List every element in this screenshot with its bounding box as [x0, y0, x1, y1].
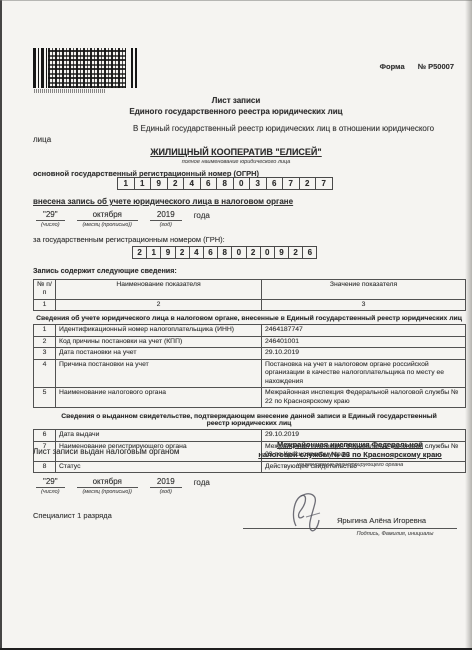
document-title-line2: Единого государственного реестра юридиче…: [0, 107, 472, 116]
digit-cell: 7: [282, 177, 300, 190]
date-day-caption: (число): [36, 221, 65, 228]
column-number-2: 2: [56, 299, 262, 310]
date-year-caption: (год): [150, 488, 182, 495]
section1-table: 1 Идентификационный номер налогоплательщ…: [33, 324, 466, 408]
issued-by-label: Лист записи выдан налоговым органом: [33, 447, 179, 456]
digit-cell: 2: [288, 246, 303, 259]
column-header-num: № п/п: [34, 280, 56, 300]
row-indicator-value: Межрайонная инспекция Федеральной налого…: [262, 388, 466, 408]
digit-cell: 1: [117, 177, 135, 190]
date-month: октября: [77, 477, 138, 488]
digit-cell: 9: [150, 177, 168, 190]
table-intro: Запись содержит следующие сведения:: [33, 266, 465, 275]
date-day-segment: "29" (число): [36, 210, 65, 228]
row-indicator-name: Код причины постановки на учет (КПП): [56, 336, 262, 347]
grn-label: за государственным регистрационным номер…: [33, 235, 225, 244]
digit-cell: 6: [200, 177, 218, 190]
digit-cell: 2: [167, 177, 185, 190]
date-day-caption: (число): [36, 488, 65, 495]
row-number: 3: [34, 348, 56, 359]
row-indicator-value: 2464187747: [262, 325, 466, 336]
date-month: октября: [77, 210, 138, 221]
date-month-caption: (месяц (прописью)): [77, 221, 138, 228]
digit-cell: 4: [183, 177, 201, 190]
row-indicator-name: Причина постановки на учет: [56, 359, 262, 387]
form-number: № Р50007: [418, 62, 454, 71]
digit-cell: 1: [146, 246, 161, 259]
row-number: 4: [34, 359, 56, 387]
barcode-start-bars: [33, 48, 48, 88]
section2-title: Сведения о выданном свидетельстве, подтв…: [49, 413, 449, 427]
table-row: 4 Причина постановки на учет Постановка …: [34, 359, 466, 387]
digit-cell: 1: [134, 177, 152, 190]
official-title: Специалист 1 разряда: [33, 511, 112, 520]
digit-cell: 2: [132, 246, 147, 259]
scan-edge-top: [0, 0, 472, 1]
digit-cell: 0: [233, 177, 251, 190]
row-number: 5: [34, 388, 56, 408]
signature-caption: Подпись, Фамилия, инициалы: [330, 531, 460, 537]
digit-cell: 9: [274, 246, 289, 259]
date-month-caption: (месяц (прописью)): [77, 488, 138, 495]
digit-cell: 2: [175, 246, 190, 259]
date-month-segment: октября (месяц (прописью)): [77, 210, 138, 228]
digit-cell: 4: [189, 246, 204, 259]
table-row: 3 Дата постановки на учет 29.10.2019: [34, 348, 466, 359]
barcode: [33, 48, 140, 95]
issuing-authority-line1: Межрайонная инспекция Федеральной: [237, 440, 463, 450]
grn-digit-boxes: 2192468020926: [132, 246, 317, 259]
date-year-suffix: года: [194, 477, 210, 487]
record-statement: внесена запись об учете юридического лиц…: [33, 197, 293, 206]
row-indicator-name: Дата постановки на учет: [56, 348, 262, 359]
date-day: "29": [36, 477, 65, 488]
row-indicator-value: Постановка на учет в налоговом органе ро…: [262, 359, 466, 387]
row-indicator-name: Наименование налогового органа: [56, 388, 262, 408]
issuing-authority-line2: налоговой службы № 23 по Красноярскому к…: [237, 450, 463, 460]
row-indicator-name: Дата выдачи: [56, 430, 262, 441]
digit-cell: 9: [160, 246, 175, 259]
row-indicator-value: 246401001: [262, 336, 466, 347]
intro-paragraph: В Единый государственный реестр юридичес…: [33, 124, 445, 146]
date-day: "29": [36, 210, 65, 221]
date-year-caption: (год): [150, 221, 182, 228]
issuing-authority-caption: наименование регистрирующего органа: [237, 462, 463, 468]
issue-date: "29" (число) октября (месяц (прописью)) …: [36, 477, 210, 495]
column-number-3: 3: [262, 299, 466, 310]
row-number: 8: [34, 461, 56, 472]
date-year-suffix: года: [194, 210, 210, 220]
digit-cell: 2: [246, 246, 261, 259]
issuing-authority: Межрайонная инспекция Федеральной налого…: [237, 440, 463, 460]
row-number: 6: [34, 430, 56, 441]
form-label: Форма: [380, 62, 405, 71]
digit-cell: 3: [249, 177, 267, 190]
organization-name: ЖИЛИЩНЫЙ КООПЕРАТИВ "ЕЛИСЕЙ": [0, 147, 472, 157]
row-number: 1: [34, 325, 56, 336]
digit-cell: 2: [299, 177, 317, 190]
row-indicator-value: 29.10.2019: [262, 348, 466, 359]
row-indicator-name: Статус: [56, 461, 262, 472]
date-year: 2019: [150, 477, 182, 488]
row-indicator-name: Идентификационный номер налогоплательщик…: [56, 325, 262, 336]
barcode-digits: [34, 89, 106, 93]
digit-cell: 7: [315, 177, 333, 190]
digit-cell: 8: [216, 177, 234, 190]
digit-cell: 0: [231, 246, 246, 259]
ogrn-digit-boxes: 1192468036727: [117, 177, 333, 190]
date-month-segment: октября (месяц (прописью)): [77, 477, 138, 495]
signer-name: Ярыгина Алёна Игоревна: [337, 516, 426, 525]
document-title-line1: Лист записи: [0, 96, 472, 105]
row-number: 2: [34, 336, 56, 347]
column-header-value: Значение показателя: [262, 280, 466, 300]
date-year-segment: 2019 (год): [150, 210, 182, 228]
scanned-document-page: Форма № Р50007 Лист записи Единого госуд…: [0, 0, 472, 650]
date-year: 2019: [150, 210, 182, 221]
table-row: 1 Идентификационный номер налогоплательщ…: [34, 325, 466, 336]
organization-name-caption: полное наименование юридического лица: [0, 159, 472, 165]
record-date: "29" (число) октября (месяц (прописью)) …: [36, 210, 210, 228]
date-year-segment: 2019 (год): [150, 477, 182, 495]
digit-cell: 6: [302, 246, 317, 259]
date-day-segment: "29" (число): [36, 477, 65, 495]
table-row: 2 Код причины постановки на учет (КПП) 2…: [34, 336, 466, 347]
digit-cell: 6: [203, 246, 218, 259]
table-row: 5 Наименование налогового органа Межрайо…: [34, 388, 466, 408]
column-number-1: 1: [34, 299, 56, 310]
digit-cell: 6: [266, 177, 284, 190]
barcode-stop-bars: [131, 48, 140, 88]
form-number-block: Форма № Р50007: [380, 62, 454, 71]
column-header-name: Наименование показателя: [56, 280, 262, 300]
details-table-header: № п/п Наименование показателя Значение п…: [33, 279, 466, 311]
signature-line: [243, 528, 457, 529]
section1-title: Сведения об учете юридического лица в на…: [33, 315, 465, 322]
digit-cell: 0: [260, 246, 275, 259]
barcode-data-matrix: [48, 48, 126, 88]
digit-cell: 8: [217, 246, 232, 259]
